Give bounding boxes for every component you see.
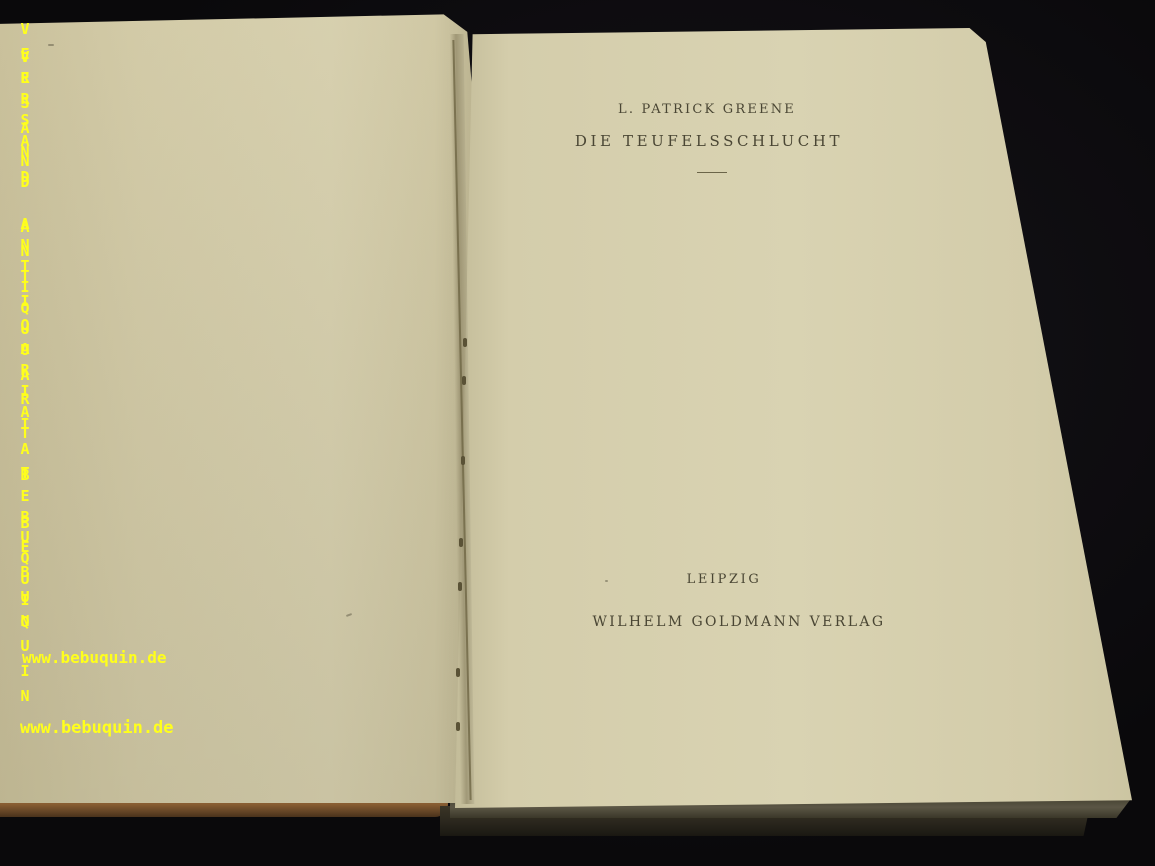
watermark-letter: E [20,71,29,92]
binding-stitch [456,722,460,731]
watermark-letter: U [20,530,29,551]
watermark-letter: T [20,259,29,280]
watermark-letter: N [20,238,29,259]
watermark-letter: S [20,113,29,134]
watermark-letter: R [20,92,29,113]
watermark-letter: A [20,342,29,363]
book-title: DIE TEUFELSSCHLUCHT [575,132,843,150]
watermark-letter: I [20,384,29,405]
watermark-letter: V [20,50,29,71]
title-separator-rule [697,172,727,173]
watermark-url: www.bebuquin.de [20,718,174,738]
vertical-watermark-duplicate: VERSAND ANTIQUARIAT BEBUQUIN [18,50,32,635]
publication-place: LEIPZIG [687,572,762,587]
watermark-letter: E [20,489,29,510]
author-name: L. PATRICK GREENE [618,102,796,117]
watermark-letter: B [20,468,29,489]
watermark-letter: T [20,426,29,447]
watermark-letter: B [20,510,29,531]
watermark-url-overlay: www.bebuquin.de [22,648,167,667]
watermark-letter: Q [20,301,29,322]
watermark-letter: I [20,280,29,301]
watermark-letter: I [20,664,29,689]
binding-stitch [458,582,462,591]
watermark-letter: Q [20,551,29,572]
watermark-letter: A [20,405,29,426]
binding-stitch [462,376,466,385]
watermark-letter: U [20,322,29,343]
watermark-letter: A [20,134,29,155]
watermark-letter: I [20,593,29,614]
watermark-letter: U [20,572,29,593]
watermark-letter: R [20,363,29,384]
paper-speck [48,44,54,46]
paper-speck [605,580,608,582]
watermark-letter: D [20,175,29,196]
book-photo: L. PATRICK GREENE DIE TEUFELSSCHLUCHT LE… [0,0,1155,866]
binding-stitch [459,538,463,547]
watermark-letter: N [20,689,29,714]
watermark-letter: N [20,614,29,635]
left-page-blank [0,8,472,803]
binding-stitch [461,456,465,465]
watermark-letter: N [20,154,29,175]
watermark-letter: V [20,22,29,47]
watermark-letter: A [20,217,29,238]
binding-stitch [463,338,467,347]
binding-stitch [456,668,460,677]
publisher-name: WILHELM GOLDMANN VERLAG [593,614,886,630]
